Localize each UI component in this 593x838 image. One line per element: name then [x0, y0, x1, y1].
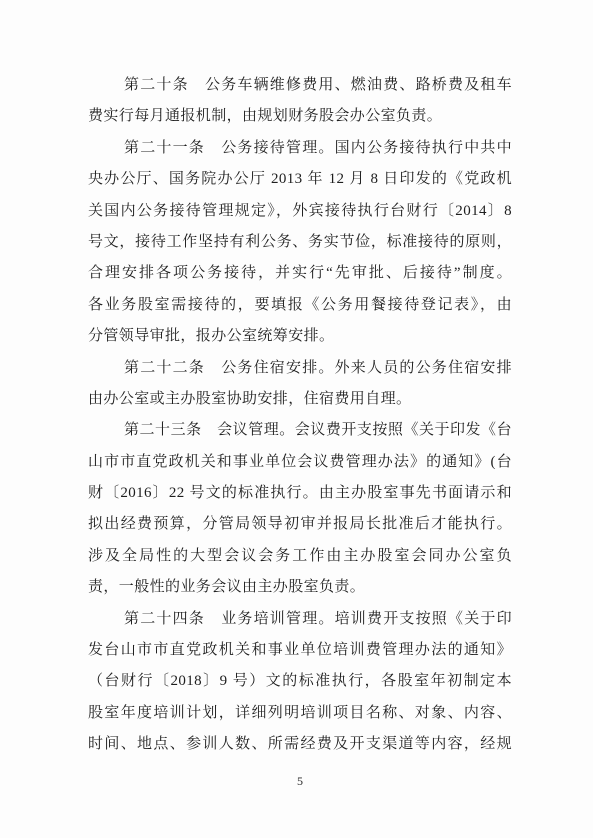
paragraph-article-22: 第二十二条 公务住宿安排。外来人员的公务住宿安排由办公室或主办股室协助安排，住宿…: [88, 353, 512, 416]
text-line: 分管领导审批，报办公室统筹安排。: [88, 321, 512, 352]
text-line: 第二十二条 公务住宿安排。外来人员的公务住宿安排: [88, 353, 512, 384]
text-line: 发台山市市直党政机关和事业单位培训费管理办法的通知》: [88, 635, 512, 666]
text-line: 第二十一条 公务接待管理。国内公务接待执行中共中: [88, 133, 512, 164]
page-number: 5: [88, 774, 512, 789]
text-line: 涉及全局性的大型会议会务工作由主办股室会同办公室负: [88, 541, 512, 572]
paragraph-article-21: 第二十一条 公务接待管理。国内公务接待执行中共中央办公厅、国务院办公厅 2013…: [88, 133, 512, 353]
text-line: 股室年度培训计划，详细列明培训项目名称、对象、内容、: [88, 698, 512, 729]
paragraph-article-23: 第二十三条 会议管理。会议费开支按照《关于印发《台山市市直党政机关和事业单位会议…: [88, 415, 512, 603]
text-line: 合理安排各项公务接待，并实行“先审批、后接待”制度。: [88, 258, 512, 289]
text-line: 第二十四条 业务培训管理。培训费开支按照《关于印: [88, 604, 512, 635]
text-line: 费实行每月通报机制，由规划财务股会办公室负责。: [88, 101, 512, 132]
text-line: 第二十三条 会议管理。会议费开支按照《关于印发《台: [88, 415, 512, 446]
text-line: 山市市直党政机关和事业单位会议费管理办法》的通知》(台: [88, 447, 512, 478]
text-line: 拟出经费预算，分管局领导初审并报局长批准后才能执行。: [88, 509, 512, 540]
text-line: 号文，接待工作坚持有利公务、务实节俭，标准接待的原则，: [88, 227, 512, 258]
text-line: 财〔2016〕22 号文的标准执行。由主办股室事先书面请示和: [88, 478, 512, 509]
text-line: 各业务股室需接待的，要填报《公务用餐接待登记表》，由: [88, 290, 512, 321]
text-line: （台财行〔2018〕9 号）文的标准执行，各股室年初制定本: [88, 666, 512, 697]
document-body: 第二十条 公务车辆维修费用、燃油费、路桥费及租车费实行每月通报机制，由规划财务股…: [88, 70, 512, 761]
paragraph-article-24: 第二十四条 业务培训管理。培训费开支按照《关于印发台山市市直党政机关和事业单位培…: [88, 604, 512, 761]
text-line: 关国内公务接待管理规定》，外宾接待执行台财行〔2014〕8: [88, 196, 512, 227]
document-page: 第二十条 公务车辆维修费用、燃油费、路桥费及租车费实行每月通报机制，由规划财务股…: [0, 0, 593, 838]
text-line: 由办公室或主办股室协助安排，住宿费用自理。: [88, 384, 512, 415]
text-line: 第二十条 公务车辆维修费用、燃油费、路桥费及租车: [88, 70, 512, 101]
paragraph-article-20: 第二十条 公务车辆维修费用、燃油费、路桥费及租车费实行每月通报机制，由规划财务股…: [88, 70, 512, 133]
text-line: 央办公厅、国务院办公厅 2013 年 12 月 8 日印发的《党政机: [88, 164, 512, 195]
text-line: 时间、地点、参训人数、所需经费及开支渠道等内容，经规: [88, 729, 512, 760]
text-line: 责，一般性的业务会议由主办股室负责。: [88, 572, 512, 603]
